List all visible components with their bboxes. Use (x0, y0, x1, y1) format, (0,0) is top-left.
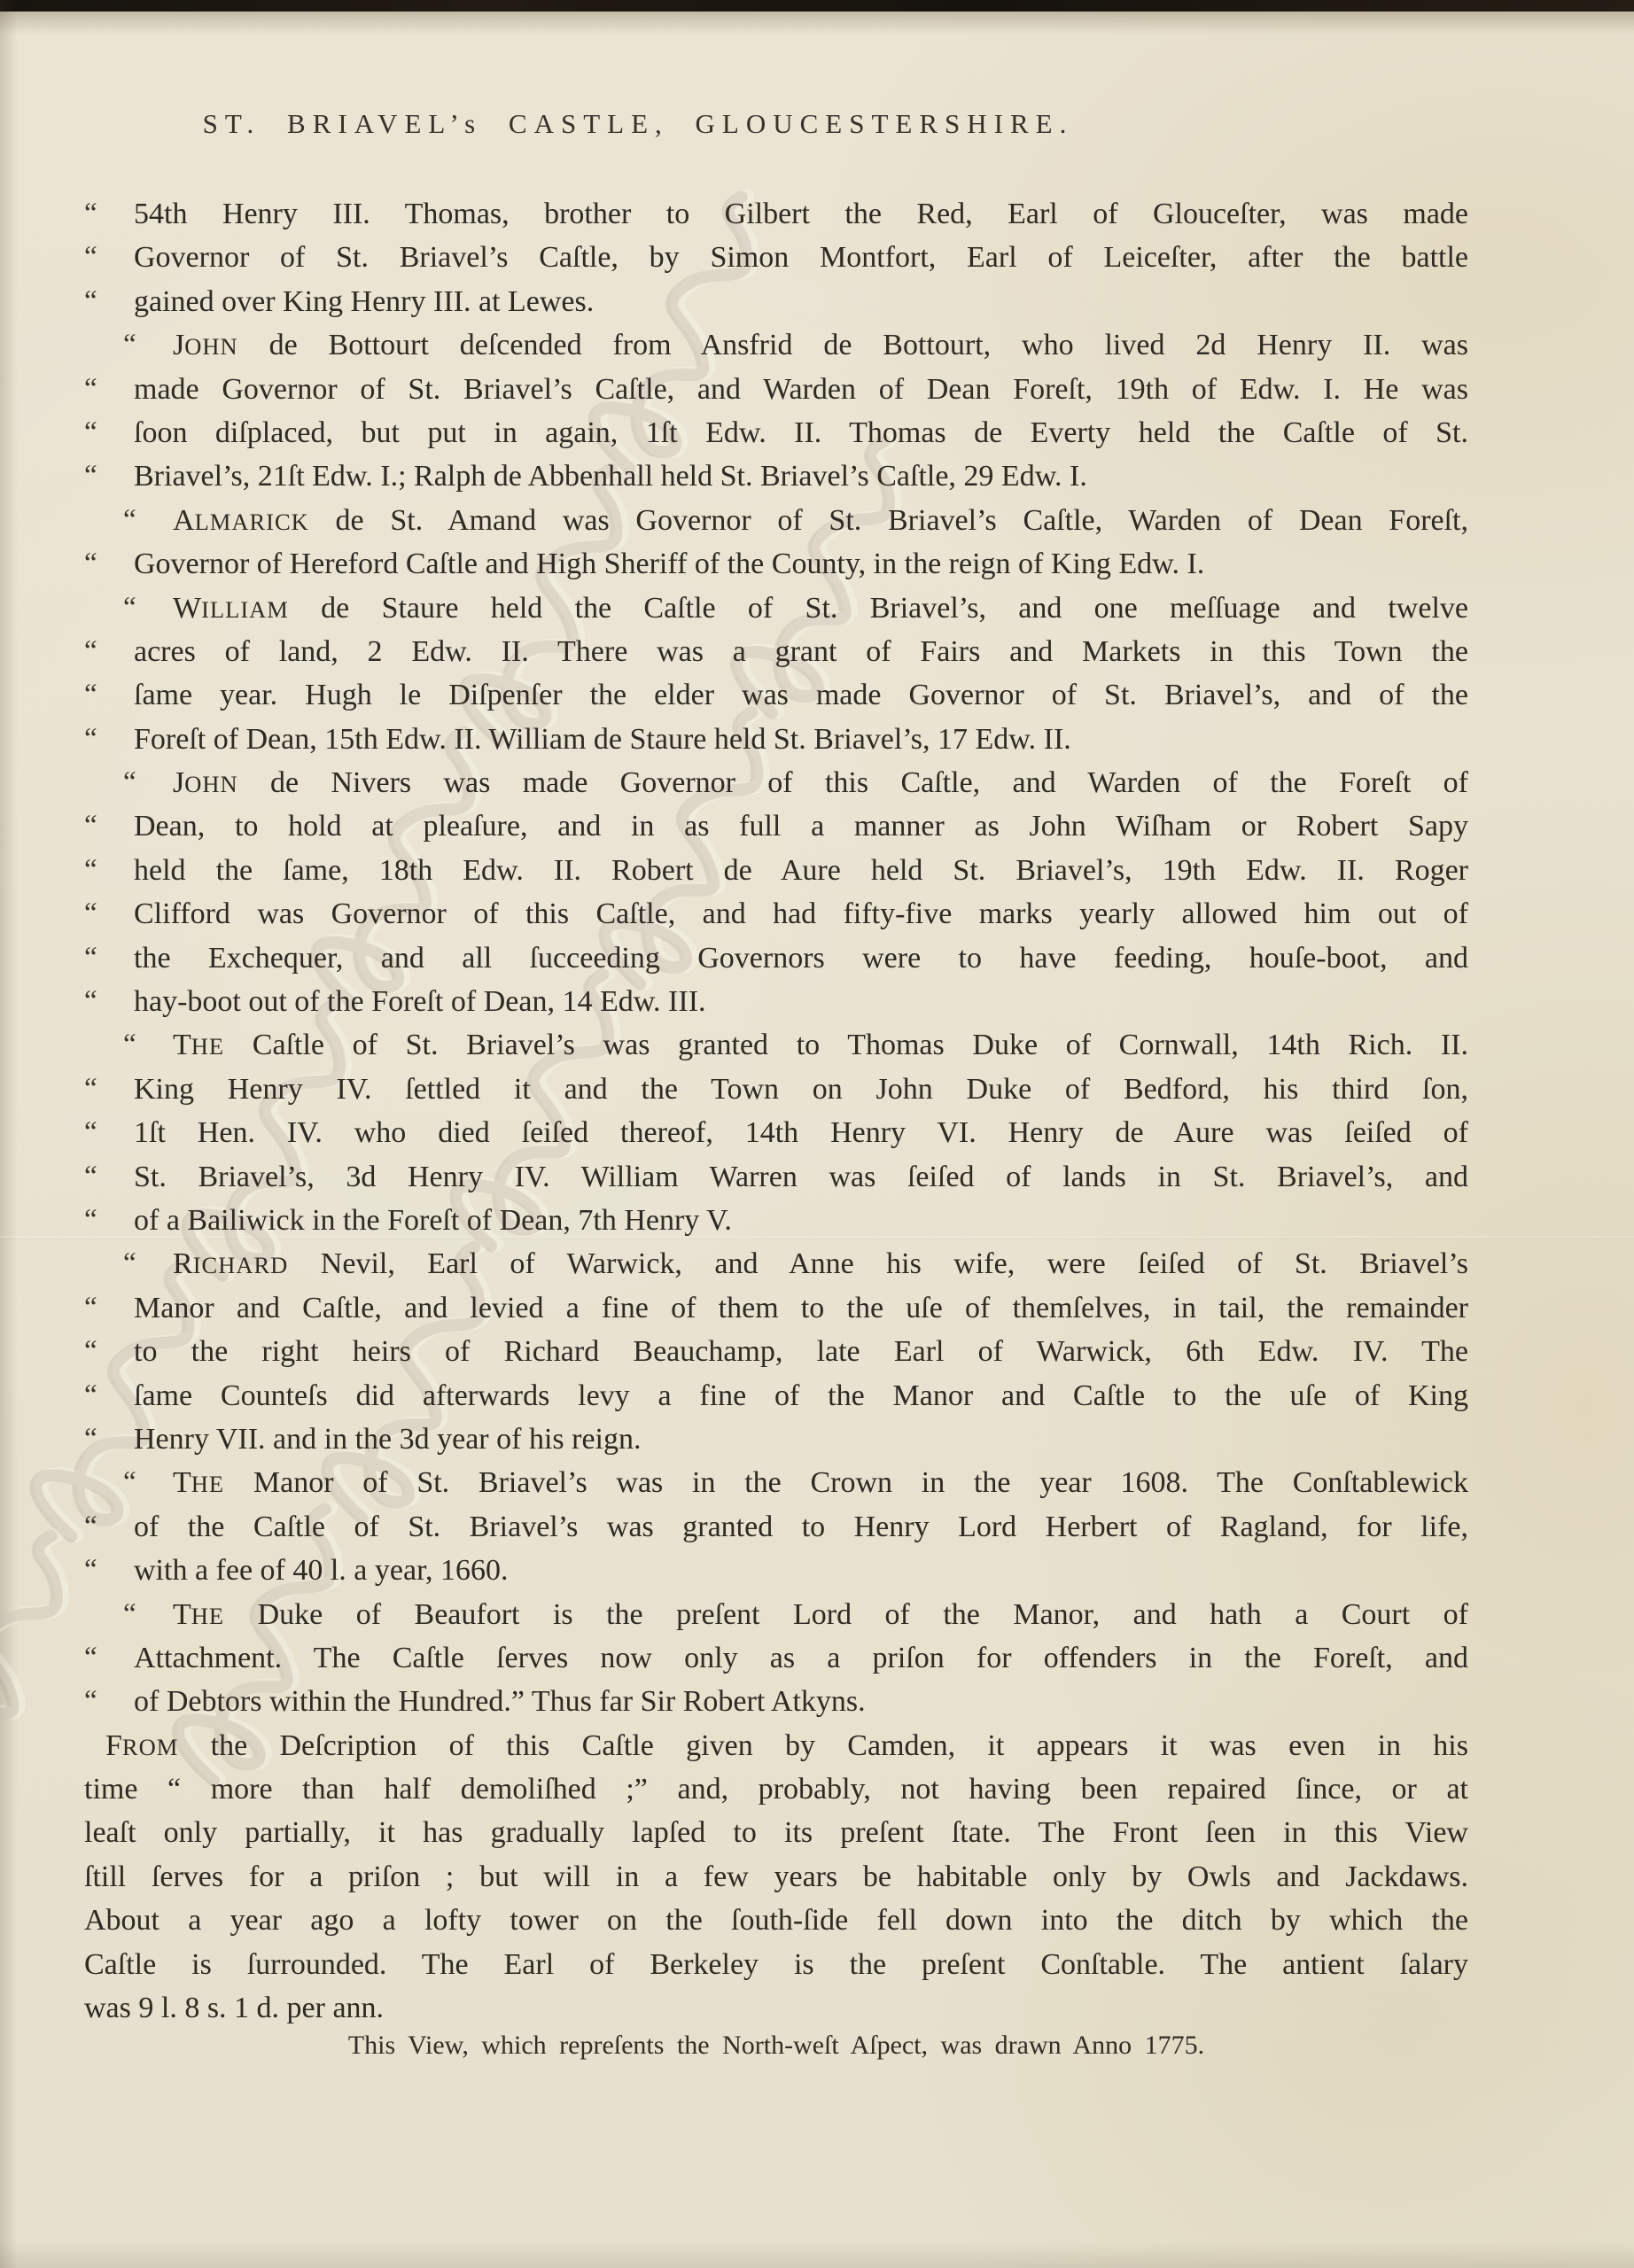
text-line: “54th Henry III. Thomas, brother to Gilb… (84, 192, 1468, 236)
text-line-content: acres of land, 2 Edw. II. There was a gr… (134, 630, 1468, 673)
text-line-content: St. Briavel’s, 3d Henry IV. William Warr… (134, 1155, 1468, 1199)
hanging-quote-mark: “ (84, 673, 134, 717)
text-line-content: ALMARICK de St. Amand was Governor of St… (173, 499, 1468, 542)
scan-top-edge-shadow (0, 12, 1634, 35)
hanging-quote-mark: “ (84, 1155, 134, 1199)
text-line-content: held the ſame, 18th Edw. II. Robert de A… (134, 849, 1468, 892)
text-line: “THE Duke of Beaufort is the preſent Lor… (84, 1593, 1468, 1636)
text-line-content: WILLIAM de Staure held the Caſtle of St.… (173, 586, 1468, 630)
text-line: “held the ſame, 18th Edw. II. Robert de … (84, 849, 1468, 892)
text-line-content: THE Caſtle of St. Briavel’s was granted … (173, 1023, 1468, 1067)
text-line: was 9 l. 8 s. 1 d. per ann. (84, 1986, 1468, 2030)
text-line-content: time “ more than half demoliſhed ;” and,… (84, 1767, 1468, 1811)
text-line: “WILLIAM de Staure held the Caſtle of St… (84, 586, 1468, 630)
text-line: “St. Briavel’s, 3d Henry IV. William War… (84, 1155, 1468, 1199)
text-line: “Manor and Caſtle, and levied a fine of … (84, 1286, 1468, 1330)
text-line: “JOHN de Bottourt deſcended from Ansfrid… (84, 323, 1468, 367)
text-line-content: made Governor of St. Briavel’s Caſtle, a… (134, 368, 1468, 411)
text-line: “of a Bailiwick in the Foreſt of Dean, 7… (84, 1199, 1468, 1242)
hanging-quote-mark: “ (84, 1068, 134, 1111)
text-line-content: ſoon diſplaced, but put in again, 1ſt Ed… (134, 411, 1468, 454)
text-line-content: of the Caſtle of St. Briavel’s was grant… (134, 1505, 1468, 1549)
text-line-content: Clifford was Governor of this Caſtle, an… (134, 892, 1468, 936)
text-line: “ſame Counteſs did afterwards levy a fin… (84, 1374, 1468, 1417)
text-line: “of the Caſtle of St. Briavel’s was gran… (84, 1505, 1468, 1549)
hanging-quote-mark: “ (84, 1199, 134, 1242)
text-line: “made Governor of St. Briavel’s Caſtle, … (84, 368, 1468, 411)
text-line: “Governor of St. Briavel’s Caſtle, by Si… (84, 236, 1468, 279)
text-line-content: Governor of Hereford Caſtle and High She… (134, 542, 1468, 586)
hanging-quote-mark: “ (84, 1680, 134, 1723)
scan-bottom-edge-shadow (0, 2241, 1634, 2268)
text-line-content: with a fee of 40 l. a year, 1660. (134, 1549, 1468, 1592)
text-line-content: hay-boot out of the Foreſt of Dean, 14 E… (134, 980, 1468, 1023)
text-line-content: JOHN de Nivers was made Governor of this… (173, 761, 1468, 804)
hanging-quote-mark: “ (84, 1242, 173, 1285)
hanging-quote-mark: “ (84, 586, 173, 630)
text-line-content: the Exchequer, and all ſucceeding Govern… (134, 936, 1468, 980)
text-line-content: Dean, to hold at pleaſure, and in as ful… (134, 804, 1468, 848)
text-line: ſtill ſerves for a priſon ; but will in … (84, 1855, 1468, 1899)
text-line-content: FROM the Deſcription of this Caſtle give… (84, 1724, 1468, 1767)
hanging-quote-mark: “ (84, 1636, 134, 1680)
text-line: “King Henry IV. ſettled it and the Town … (84, 1068, 1468, 1111)
scan-top-edge (0, 0, 1634, 12)
text-line: “Governor of Hereford Caſtle and High Sh… (84, 542, 1468, 586)
text-line-content: THE Duke of Beaufort is the preſent Lord… (173, 1593, 1468, 1636)
text-line-content: 1ſt Hen. IV. who died ſeiſed thereof, 14… (134, 1111, 1468, 1154)
text-line: “ſame year. Hugh le Diſpenſer the elder … (84, 673, 1468, 717)
text-line: “JOHN de Nivers was made Governor of thi… (84, 761, 1468, 804)
text-line-content: of Debtors within the Hundred.” Thus far… (134, 1680, 1468, 1723)
hanging-quote-mark: “ (84, 630, 134, 673)
hanging-quote-mark: “ (84, 411, 134, 454)
hanging-quote-mark: “ (84, 936, 134, 980)
text-line: “THE Manor of St. Briavel’s was in the C… (84, 1461, 1468, 1504)
hanging-quote-mark: “ (84, 280, 134, 323)
text-line: “Briavel’s, 21ſt Edw. I.; Ralph de Abben… (84, 454, 1468, 498)
text-line-content: Governor of St. Briavel’s Caſtle, by Sim… (134, 236, 1468, 279)
hanging-quote-mark: “ (84, 1111, 134, 1154)
text-line-content: ſame year. Hugh le Diſpenſer the elder w… (134, 673, 1468, 717)
hanging-quote-mark: “ (84, 1023, 173, 1067)
scan-left-edge-shadow (0, 0, 18, 2268)
text-line: “ſoon diſplaced, but put in again, 1ſt E… (84, 411, 1468, 454)
text-line: “gained over King Henry III. at Lewes. (84, 280, 1468, 323)
text-line-content: leaſt only partially, it has gradually l… (84, 1811, 1468, 1854)
hanging-quote-mark: “ (84, 804, 134, 848)
text-line: “hay-boot out of the Foreſt of Dean, 14 … (84, 980, 1468, 1023)
text-line-content: to the right heirs of Richard Beauchamp,… (134, 1330, 1468, 1373)
hanging-quote-mark: “ (84, 1286, 134, 1330)
text-line: “THE Caſtle of St. Briavel’s was granted… (84, 1023, 1468, 1067)
hanging-quote-mark: “ (84, 499, 173, 542)
hanging-quote-mark: “ (84, 718, 134, 761)
hanging-quote-mark: “ (84, 542, 134, 586)
text-line: “to the right heirs of Richard Beauchamp… (84, 1330, 1468, 1373)
page-title: ST. BRIAVEL’s CASTLE, GLOUCESTERSHIRE. (84, 108, 1192, 140)
hanging-quote-mark: “ (84, 1417, 134, 1461)
hanging-quote-mark: “ (84, 1549, 134, 1592)
text-line: “the Exchequer, and all ſucceeding Gover… (84, 936, 1468, 980)
text-line: leaſt only partially, it has gradually l… (84, 1811, 1468, 1854)
text-line: About a year ago a lofty tower on the ſo… (84, 1899, 1468, 1942)
hanging-quote-mark: “ (84, 454, 134, 498)
text-line: “acres of land, 2 Edw. II. There was a g… (84, 630, 1468, 673)
text-line-content: THE Manor of St. Briavel’s was in the Cr… (173, 1461, 1468, 1504)
hanging-quote-mark: “ (84, 892, 134, 936)
text-line-content: ſtill ſerves for a priſon ; but will in … (84, 1855, 1468, 1899)
text-line: Caſtle is ſurrounded. The Earl of Berkel… (84, 1943, 1468, 1986)
text-line-content: Attachment. The Caſtle ſerves now only a… (134, 1636, 1468, 1680)
hanging-quote-mark: “ (84, 236, 134, 279)
text-line: “Foreſt of Dean, 15th Edw. II. William d… (84, 718, 1468, 761)
hanging-quote-mark: “ (84, 849, 134, 892)
text-line-content: gained over King Henry III. at Lewes. (134, 280, 1468, 323)
text-line: time “ more than half demoliſhed ;” and,… (84, 1767, 1468, 1811)
hanging-quote-mark: “ (84, 1461, 173, 1504)
hanging-quote-mark: “ (84, 1374, 134, 1417)
text-line: “with a fee of 40 l. a year, 1660. (84, 1549, 1468, 1592)
text-line: “1ſt Hen. IV. who died ſeiſed thereof, 1… (84, 1111, 1468, 1154)
hanging-quote-mark: “ (84, 368, 134, 411)
text-line: “Henry VII. and in the 3d year of his re… (84, 1417, 1468, 1461)
text-line-content: of a Bailiwick in the Foreſt of Dean, 7t… (134, 1199, 1468, 1242)
hanging-quote-mark: “ (84, 192, 134, 236)
text-line-content: JOHN de Bottourt deſcended from Ansfrid … (173, 323, 1468, 367)
text-block: “54th Henry III. Thomas, brother to Gilb… (84, 192, 1468, 2030)
text-line: “Attachment. The Caſtle ſerves now only … (84, 1636, 1468, 1680)
text-line-content: Briavel’s, 21ſt Edw. I.; Ralph de Abbenh… (134, 454, 1468, 498)
text-line-content: Manor and Caſtle, and levied a fine of t… (134, 1286, 1468, 1330)
hanging-quote-mark: “ (84, 980, 134, 1023)
text-line: FROM the Deſcription of this Caſtle give… (84, 1724, 1468, 1767)
hanging-quote-mark: “ (84, 1505, 134, 1549)
hanging-quote-mark: “ (84, 1593, 173, 1636)
text-line-content: Caſtle is ſurrounded. The Earl of Berkel… (84, 1943, 1468, 1986)
text-line: “of Debtors within the Hundred.” Thus fa… (84, 1680, 1468, 1723)
hanging-quote-mark: “ (84, 1330, 134, 1373)
text-line: “RICHARD Nevil, Earl of Warwick, and Ann… (84, 1242, 1468, 1285)
text-line-content: ſame Counteſs did afterwards levy a fine… (134, 1374, 1468, 1417)
text-line-content: Henry VII. and in the 3d year of his rei… (134, 1417, 1468, 1461)
hanging-quote-mark: “ (84, 761, 173, 804)
text-line-content: was 9 l. 8 s. 1 d. per ann. (84, 1986, 1468, 2030)
text-line-content: Foreſt of Dean, 15th Edw. II. William de… (134, 718, 1468, 761)
text-line-content: King Henry IV. ſettled it and the Town o… (134, 1068, 1468, 1111)
text-line: “Dean, to hold at pleaſure, and in as fu… (84, 804, 1468, 848)
text-line-content: 54th Henry III. Thomas, brother to Gilbe… (134, 192, 1468, 236)
text-line-content: RICHARD Nevil, Earl of Warwick, and Anne… (173, 1242, 1468, 1285)
hanging-quote-mark: “ (84, 323, 173, 367)
scanned-book-page: ST. BRIAVEL’s CASTLE, GLOUCESTERSHIRE. “… (0, 0, 1634, 2268)
view-caption: This View, which repreſents the North-we… (84, 2031, 1468, 2061)
text-line: “Clifford was Governor of this Caſtle, a… (84, 892, 1468, 936)
text-line: “ALMARICK de St. Amand was Governor of S… (84, 499, 1468, 542)
text-line-content: About a year ago a lofty tower on the ſo… (84, 1899, 1468, 1942)
